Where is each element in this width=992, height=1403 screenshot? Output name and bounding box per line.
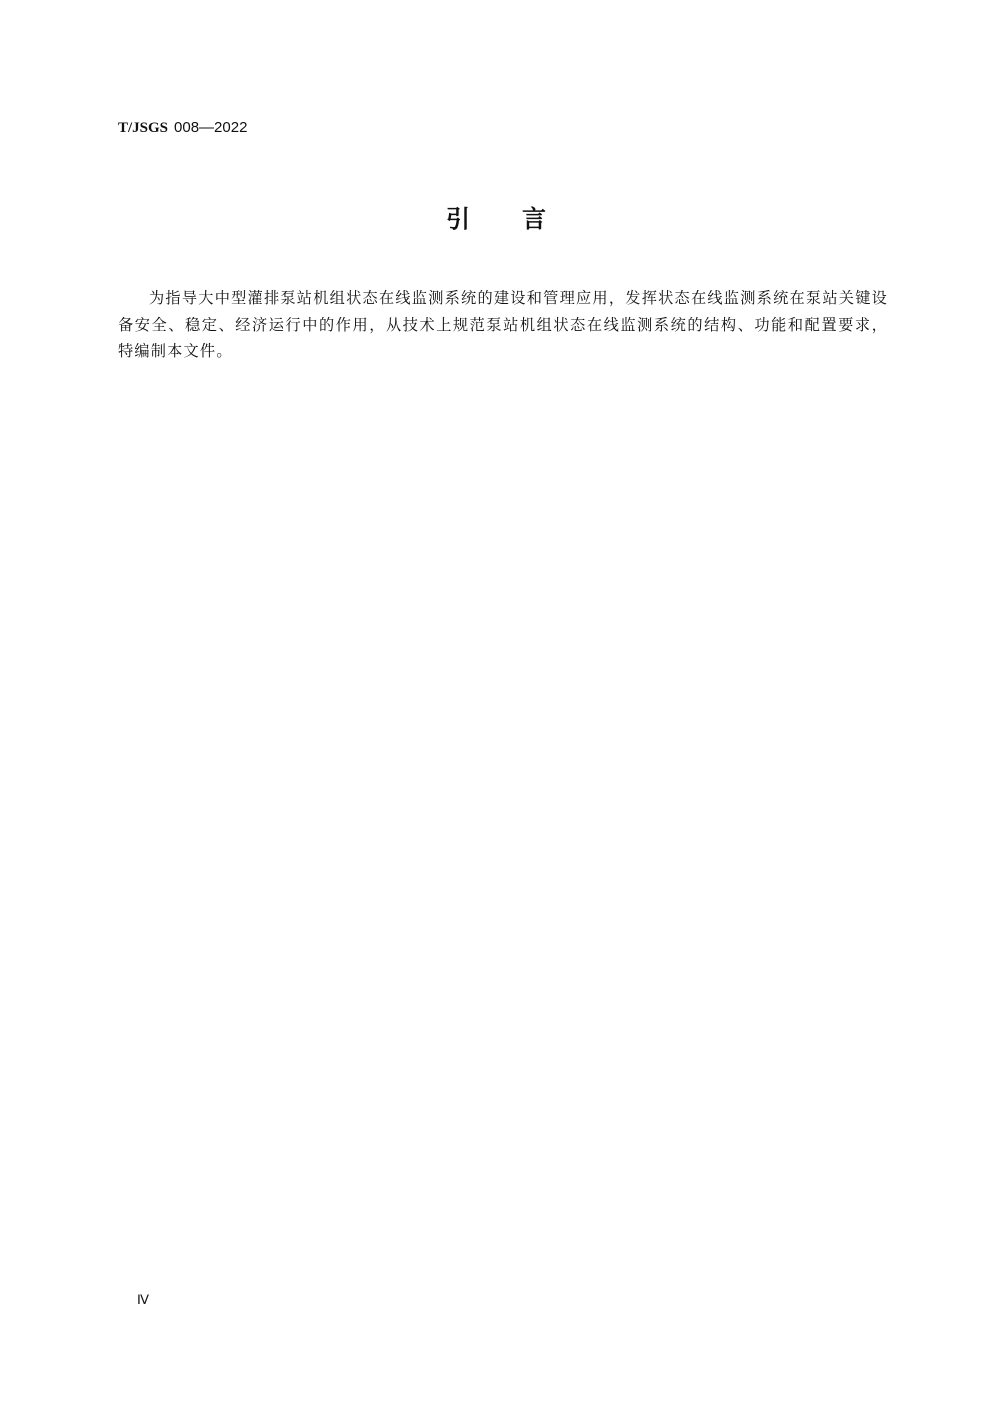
document-code-prefix: T/JSGS	[118, 120, 168, 136]
page-number: Ⅳ	[137, 1292, 149, 1308]
introduction-paragraph: 为指导大中型灌排泵站机组状态在线监测系统的建设和管理应用，发挥状态在线监测系统在…	[118, 285, 888, 365]
page-title-char-1: 引	[446, 203, 470, 235]
page-title-char-2: 言	[522, 203, 546, 235]
document-code-number: 008—2022	[174, 119, 247, 136]
document-code: T/JSGS008—2022	[118, 119, 247, 137]
page-title: 引言	[0, 203, 992, 235]
